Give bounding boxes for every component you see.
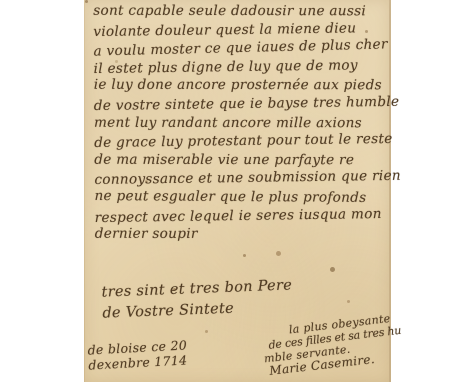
letter-line: dernier soupir	[95, 225, 387, 244]
letter-line: ment luy randant ancore mille axions	[94, 113, 386, 132]
letter-line: ne peut esgualer que le plus profonds	[94, 187, 386, 208]
letter-line: ie luy done ancore prosternée aux pieds	[94, 76, 386, 95]
foxing-specks	[85, 0, 88, 3]
date-line: dexenbre 1714	[88, 353, 188, 373]
letter-line: de grace luy protestant pour tout le res…	[94, 130, 386, 153]
letter-line: sont capable seule dadousir une aussi	[93, 2, 385, 21]
letter-paper: sont capable seule dadousir une aussi vi…	[84, 0, 391, 382]
letter-scan: sont capable seule dadousir une aussi vi…	[0, 0, 468, 382]
letter-body: sont capable seule dadousir une aussi vi…	[93, 1, 387, 245]
letter-line: respect avec lequel ie seres iusqua mon	[95, 204, 387, 227]
closing-block: tres sint et tres bon Pere de Vostre Sin…	[101, 275, 293, 324]
place-date-block: de bloise ce 20 dexenbre 1714	[87, 338, 188, 372]
signature-block: la plus obeysante de ces filles et sa tr…	[261, 313, 398, 379]
letter-line: de vostre sintete que ie bayse tres humb…	[94, 93, 386, 116]
